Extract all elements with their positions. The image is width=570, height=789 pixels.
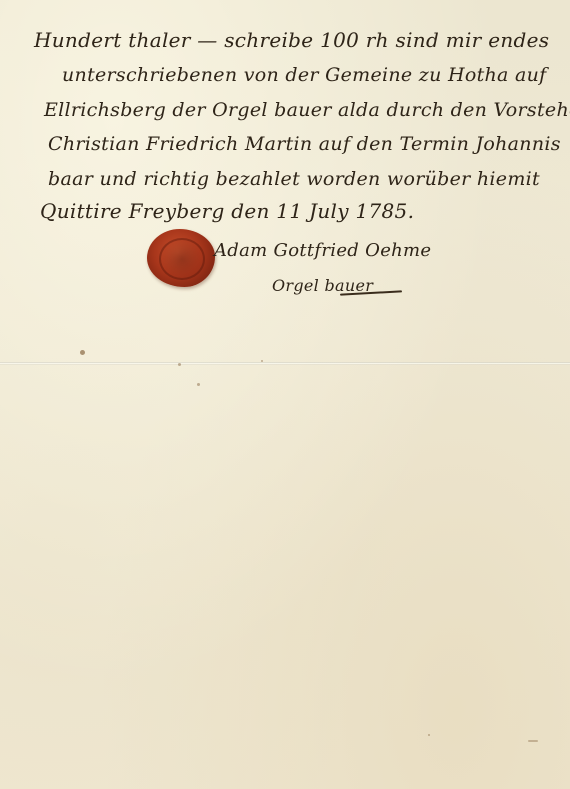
ink-speck (428, 734, 430, 736)
text-line-2: unterschriebenen von der Gemeine zu Hoth… (62, 64, 547, 86)
document-page: Hundert thaler — schreibe 100 rh sind mi… (0, 0, 570, 789)
seal-emblem-icon (159, 238, 205, 280)
text-line-5: baar und richtig bezahlet worden worüber… (48, 168, 540, 190)
ink-speck (197, 383, 200, 386)
signature-name: Adam Gottfried Oehme (214, 240, 431, 261)
text-line-6: Quittire Freyberg den 11 July 1785. (40, 199, 414, 223)
ink-speck (528, 740, 538, 742)
text-line-1: Hundert thaler — schreibe 100 rh sind mi… (34, 28, 549, 52)
ink-speck (178, 363, 181, 366)
text-line-4: Christian Friedrich Martin auf den Termi… (48, 133, 561, 155)
paper-fold-line (0, 362, 570, 365)
ink-speck (80, 350, 85, 355)
wax-seal (147, 229, 215, 287)
ink-speck (261, 360, 263, 362)
text-line-3: Ellrichsberg der Orgel bauer alda durch … (44, 99, 570, 121)
